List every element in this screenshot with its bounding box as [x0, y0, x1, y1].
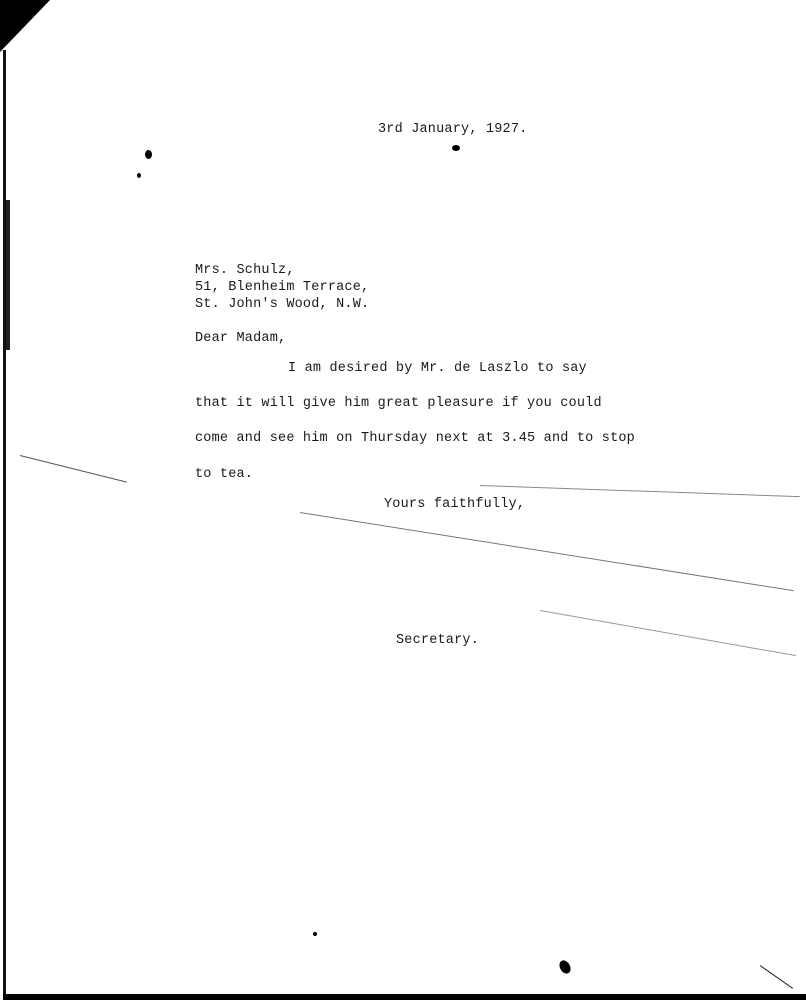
- ink-mark: [145, 150, 152, 159]
- closing: Yours faithfully,: [384, 497, 525, 512]
- ink-mark: [137, 173, 141, 178]
- ink-mark: [557, 958, 573, 975]
- salutation: Dear Madam,: [195, 331, 286, 346]
- scan-streak: [480, 485, 800, 497]
- letter-page: 3rd January, 1927. Mrs. Schulz, 51, Blen…: [0, 0, 806, 1000]
- letter-date: 3rd January, 1927.: [378, 122, 527, 137]
- recipient-address-line1: 51, Blenheim Terrace,: [195, 280, 369, 295]
- scan-bottom-edge: [3, 994, 806, 1000]
- recipient-name: Mrs. Schulz,: [195, 263, 295, 278]
- scan-left-edge: [3, 50, 6, 995]
- body-line: I am desired by Mr. de Laszlo to say: [288, 361, 587, 376]
- signature: Secretary.: [396, 633, 479, 648]
- scan-corner-shadow: [0, 0, 50, 52]
- body-line: come and see him on Thursday next at 3.4…: [195, 431, 635, 446]
- recipient-address-line2: St. John's Wood, N.W.: [195, 297, 369, 312]
- scan-streak: [760, 965, 793, 989]
- ink-mark: [452, 145, 460, 151]
- ink-mark: [313, 932, 317, 936]
- body-line: that it will give him great pleasure if …: [195, 396, 602, 411]
- scan-streak: [540, 610, 796, 656]
- body-line: to tea.: [195, 467, 253, 482]
- scan-left-smudge: [6, 200, 10, 350]
- scan-streak: [300, 512, 794, 591]
- scan-streak: [20, 455, 127, 483]
